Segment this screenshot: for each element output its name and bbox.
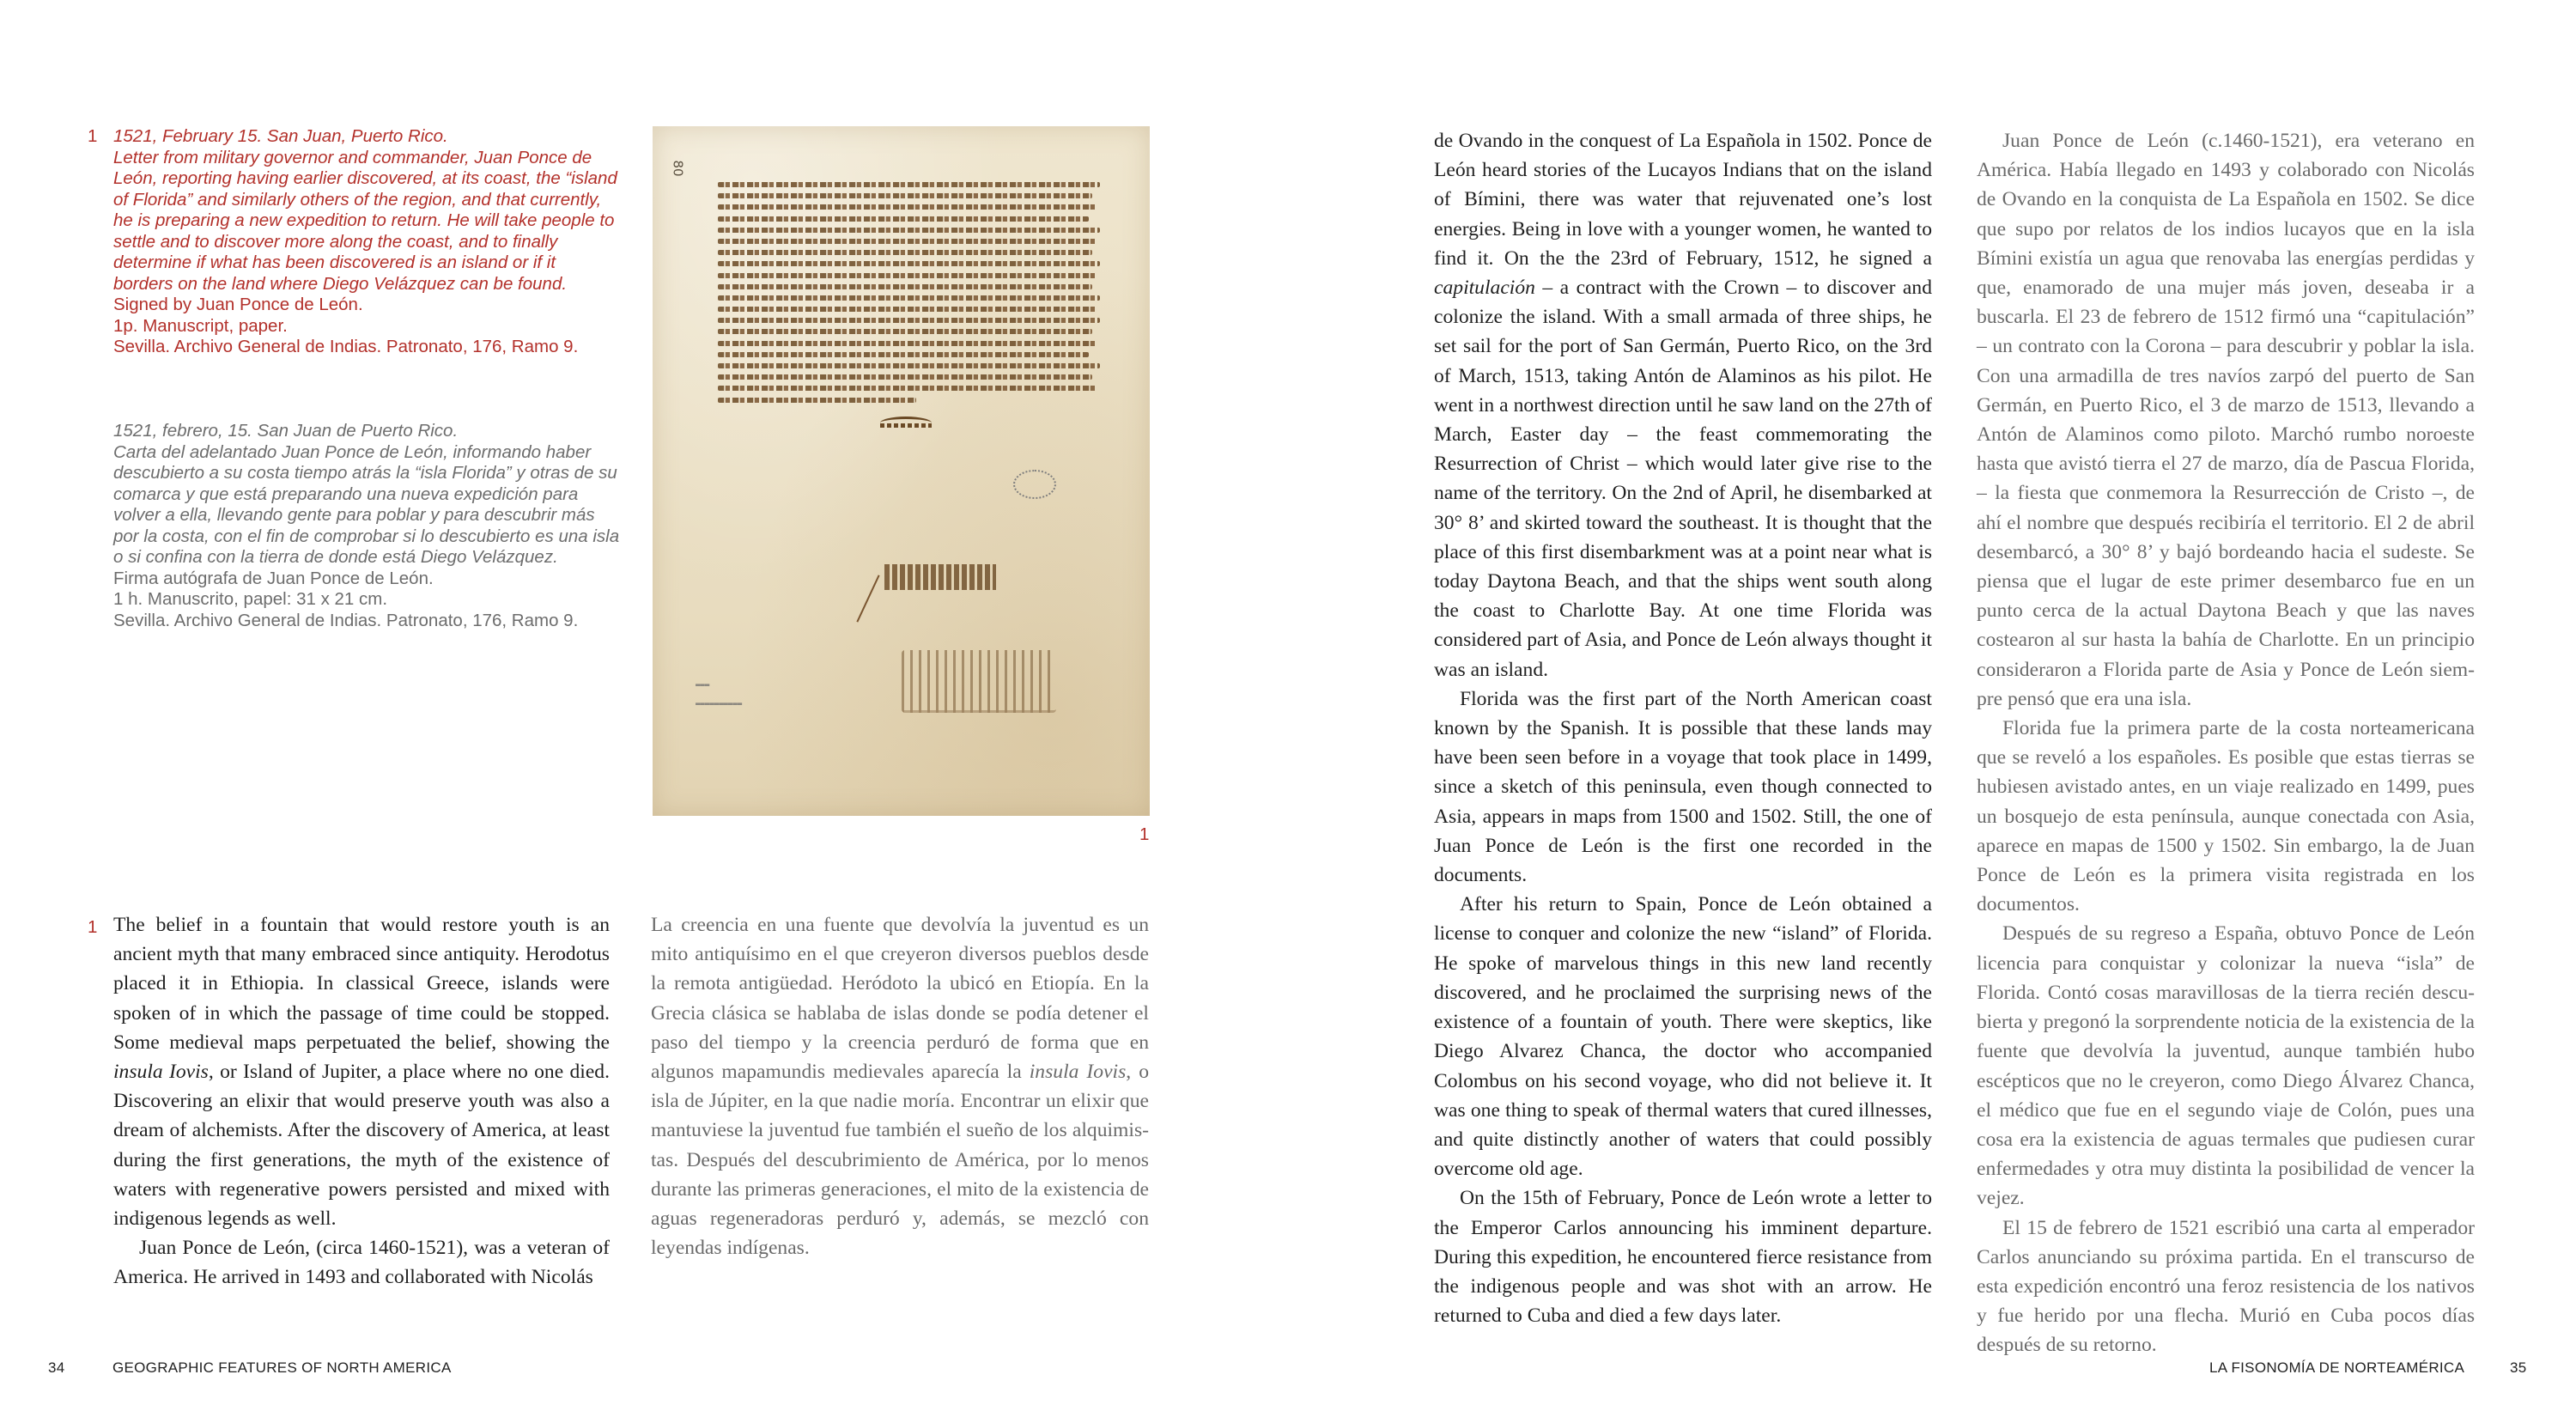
paragraph: After his return to Spain, Ponce de León… bbox=[1434, 890, 1932, 1183]
paragraph: Florida fue la primera parte de la costa… bbox=[1977, 714, 2475, 919]
paragraph: On the 15th of February, Ponce de León w… bbox=[1434, 1183, 1932, 1330]
italic-term: insula Iovis bbox=[1030, 1061, 1127, 1083]
image-reference-number: 1 bbox=[1139, 824, 1149, 845]
spanish-body-column-right: Juan Ponce de León (c.1460-1521), era ve… bbox=[1977, 126, 2475, 1360]
paragraph: Juan Ponce de León (c.1460-1521), era ve… bbox=[1977, 126, 2475, 714]
caption-spanish: 1521, febrero, 15. San Juan de Puerto Ri… bbox=[113, 421, 620, 631]
caption-spanish-date: 1521, febrero, 15. San Juan de Puerto Ri… bbox=[113, 421, 620, 442]
ponce-de-leon-rubric bbox=[902, 650, 1056, 713]
manuscript-stroke bbox=[856, 575, 879, 622]
caption-spanish-format: 1 h. Manuscrito, papel: 31 x 21 cm. bbox=[113, 589, 620, 611]
caption-reference-number: 1 bbox=[88, 126, 97, 147]
manuscript-flourish-text bbox=[880, 423, 932, 428]
paragraph: de Ovando in the conquest of La Española… bbox=[1434, 126, 1932, 684]
caption-english-date: 1521, February 15. San Juan, Puerto Rico… bbox=[113, 126, 620, 148]
running-title-left: GEOGRAPHIC FEATURES OF NORTH AMERICA bbox=[112, 1359, 452, 1377]
manuscript-handwriting bbox=[718, 182, 1100, 354]
caption-english-description: Letter from military governor and comman… bbox=[113, 148, 620, 295]
manuscript-signature-lines bbox=[884, 564, 996, 590]
caption-spanish-archive: Sevilla. Archivo General de Indias. Patr… bbox=[113, 611, 620, 632]
body-reference-number: 1 bbox=[88, 917, 97, 938]
paragraph: Juan Ponce de León, (circa 1460-1521), w… bbox=[113, 1233, 610, 1292]
caption-spanish-description: Carta del adelantado Juan Ponce de León,… bbox=[113, 442, 620, 569]
caption-spanish-signature: Firma autógrafa de Juan Ponce de León. bbox=[113, 569, 620, 590]
page-number-left: 34 bbox=[48, 1359, 65, 1377]
manuscript-folio-mark: 80 bbox=[671, 160, 686, 176]
english-body-column-right: de Ovando in the conquest of La Española… bbox=[1434, 126, 1932, 1330]
caption-english: 1521, February 15. San Juan, Puerto Rico… bbox=[113, 126, 620, 358]
caption-english-signature: Signed by Juan Ponce de León. bbox=[113, 295, 620, 316]
spanish-body-column-left: La creencia en una fuente que devolvía l… bbox=[651, 910, 1149, 1262]
italic-term: capitulación bbox=[1434, 277, 1535, 299]
paragraph: El 15 de febrero de 1521 escribió una ca… bbox=[1977, 1213, 2475, 1360]
manuscript-image: 80 ▬▬▬▬▬▬▬▬▬▬▬▬▬ bbox=[653, 126, 1150, 816]
paragraph: La creencia en una fuente que devolvía l… bbox=[651, 910, 1149, 1262]
page-number-right: 35 bbox=[2510, 1359, 2527, 1377]
running-title-right: LA FISONOMÍA DE NORTEAMÉRICA bbox=[2209, 1359, 2464, 1377]
paragraph: The belief in a fountain that would rest… bbox=[113, 910, 610, 1233]
english-body-column-left: The belief in a fountain that would rest… bbox=[113, 910, 610, 1292]
paragraph: Florida was the first part of the North … bbox=[1434, 684, 1932, 890]
caption-english-archive: Sevilla. Archivo General de Indias. Patr… bbox=[113, 337, 620, 358]
caption-english-format: 1p. Manuscript, paper. bbox=[113, 316, 620, 338]
archive-stamp-icon bbox=[1013, 470, 1056, 499]
archive-catalog-stamp: ▬▬▬▬▬▬▬▬▬▬▬▬▬ bbox=[696, 676, 742, 714]
italic-term: insula Iovis bbox=[113, 1061, 209, 1083]
paragraph: Después de su regreso a España, obtuvo P… bbox=[1977, 919, 2475, 1213]
